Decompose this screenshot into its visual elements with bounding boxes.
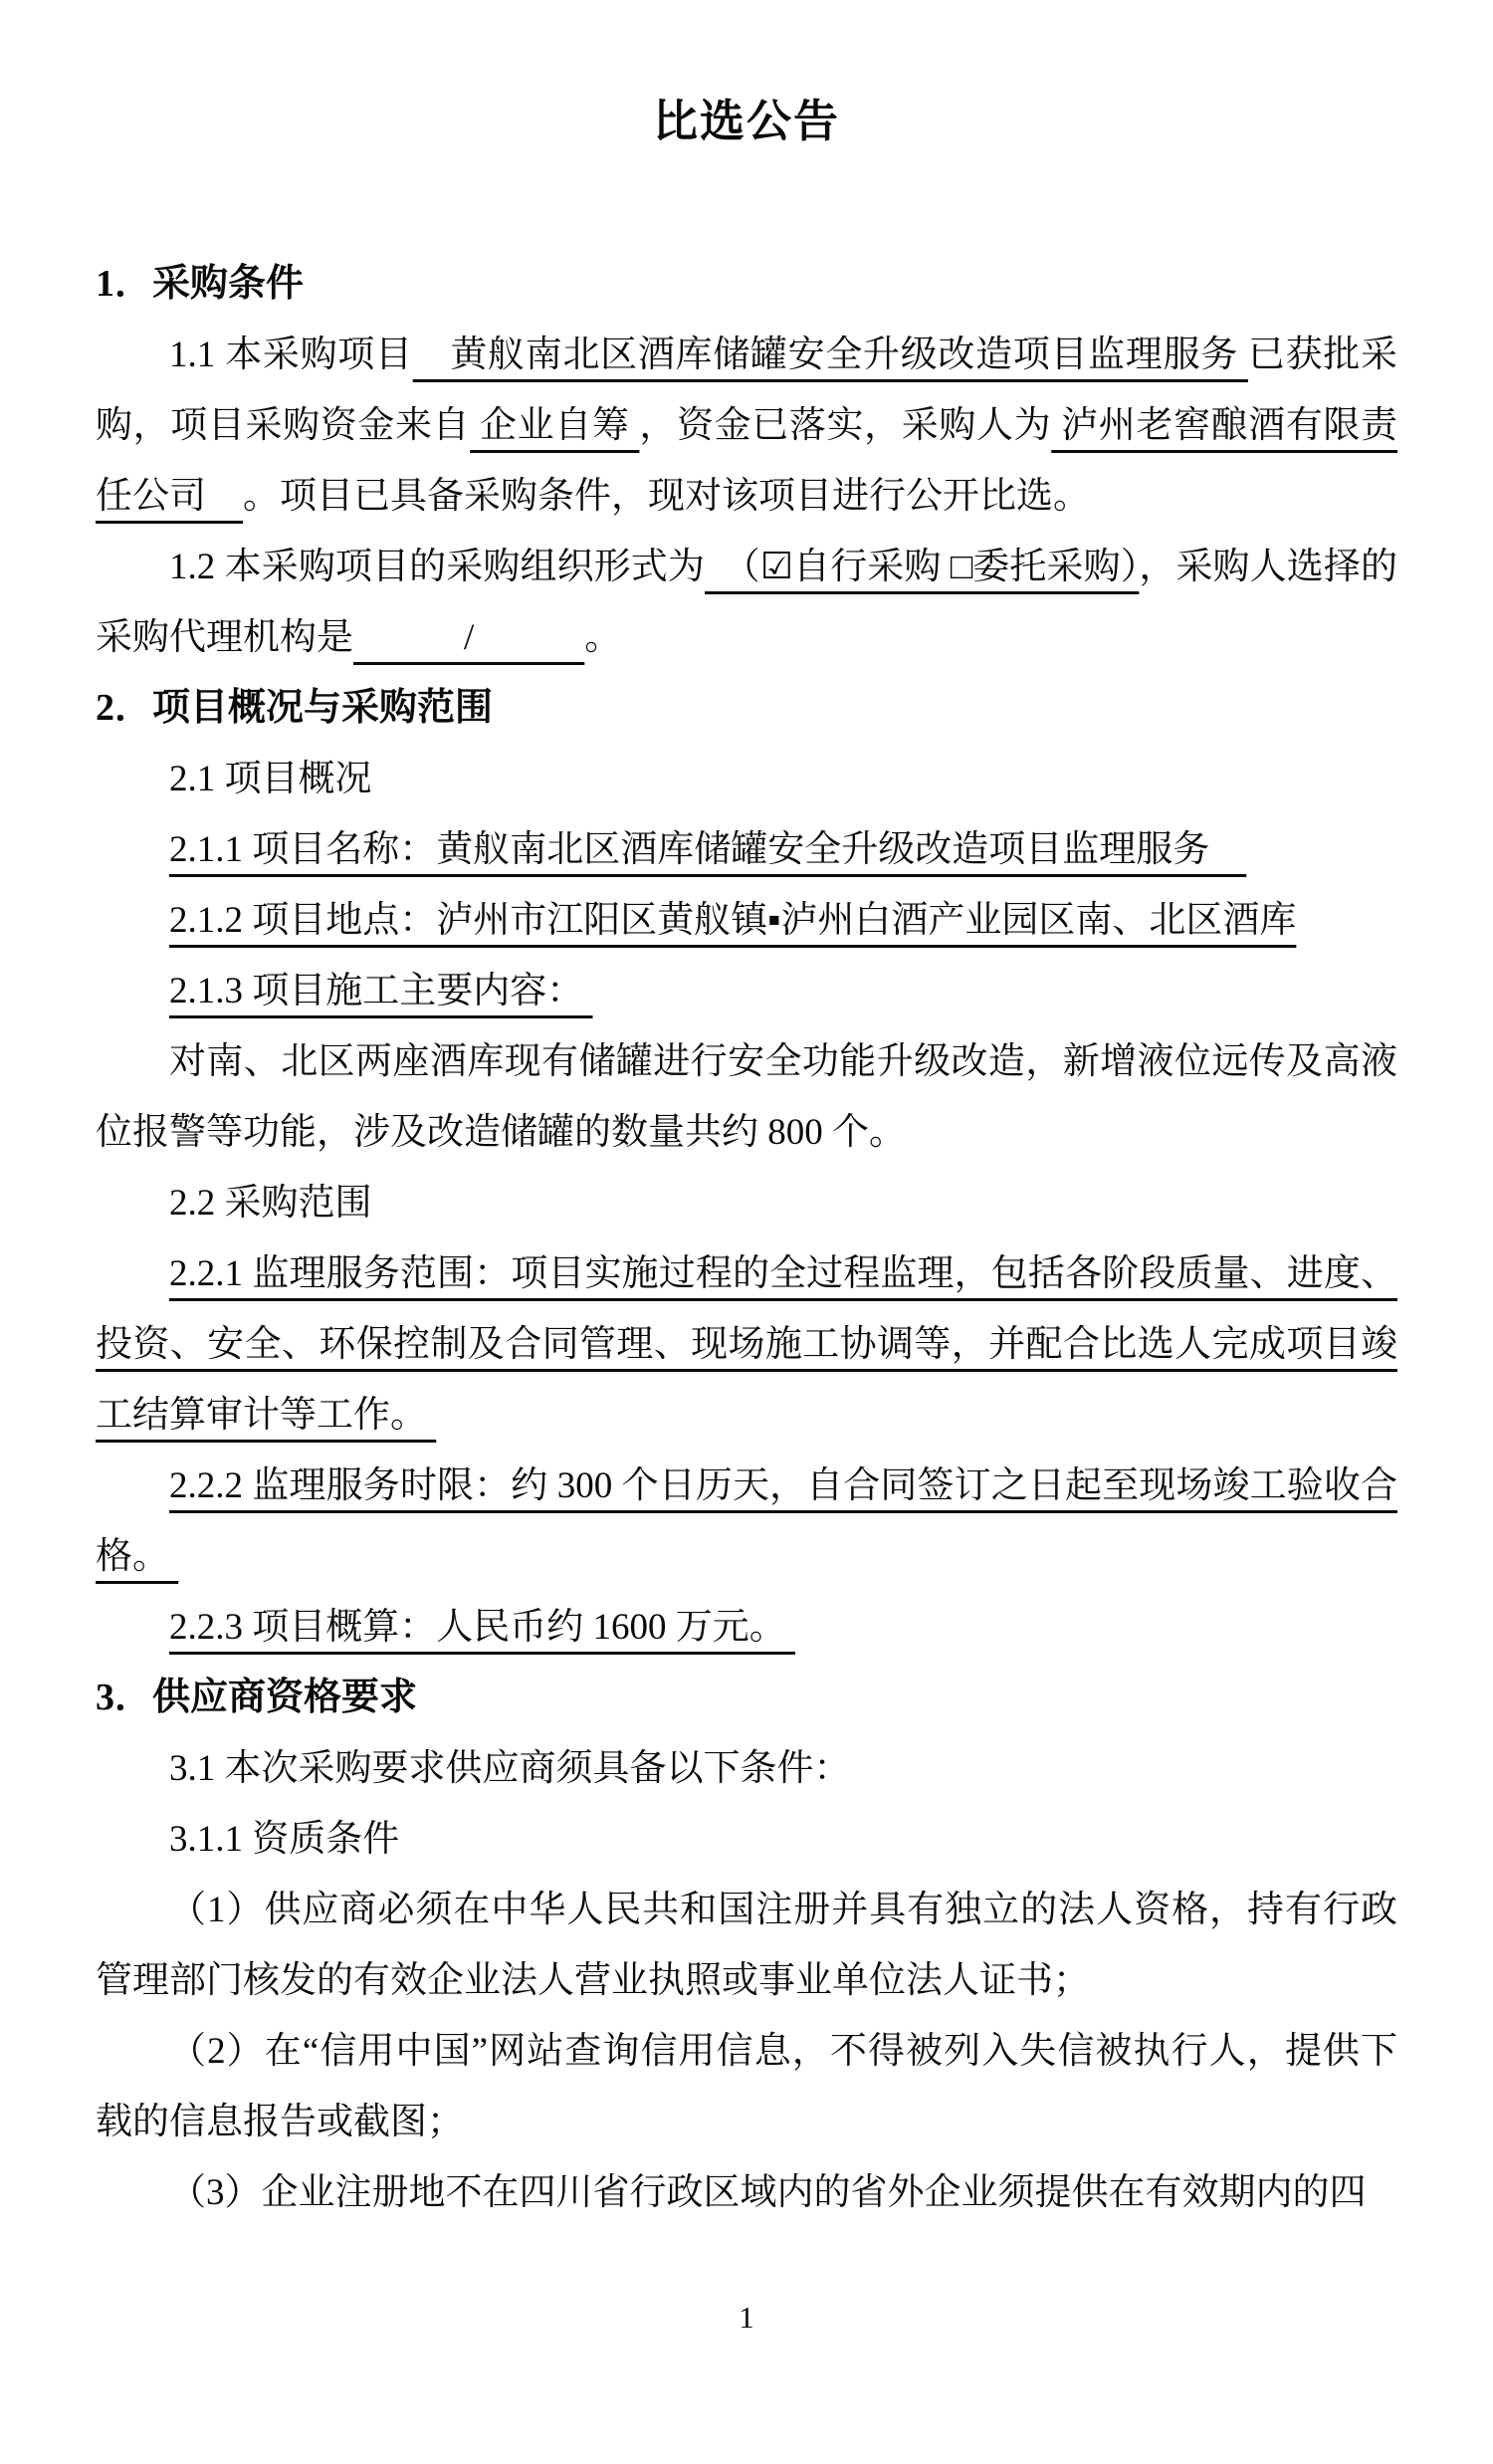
text-segment: 。项目已具备采购条件，现对该项目进行公开比选。 xyxy=(243,476,1090,517)
underlined-text: 2.2.2 监理服务时限：约 300 个日历天，自合同签订之日起至现场竣工验收合… xyxy=(96,1465,1397,1577)
para-3-1-1-item-1: （1）供应商必须在中华人民共和国注册并具有独立的法人资格，持有行政管理部门核发的… xyxy=(96,1875,1397,2016)
para-2-1-2: 2.1.2 项目地点：泸州市江阳区黄舣镇▪泸州白酒产业园区南、北区酒库 xyxy=(96,885,1397,956)
para-2-2: 2.2 采购范围 xyxy=(96,1168,1397,1238)
text-segment: （2）在“信用中国”网站查询信用信息，不得被列入失信被执行人，提供下载的信息报告… xyxy=(96,2031,1397,2142)
text-segment: 1.1 本采购项目 xyxy=(169,335,413,375)
underlined-text: 企业自筹 xyxy=(470,405,639,446)
section-2-heading: 2．项目概况与采购范围 xyxy=(96,673,1397,744)
text-segment: 2．项目概况与采购范围 xyxy=(96,687,493,729)
para-1-2: 1.2 本采购项目的采购组织形式为 （☑自行采购 □委托采购），采购人选择的采购… xyxy=(96,532,1397,673)
underlined-text: 2.1.1 项目名称：黄舣南北区酒库储罐安全升级改造项目监理服务 xyxy=(169,829,1246,870)
section-3-heading: 3．供应商资格要求 xyxy=(96,1663,1397,1733)
underlined-text: 2.2.1 监理服务范围：项目实施过程的全过程监理，包括各阶段质量、进度、投资、… xyxy=(96,1253,1397,1436)
para-2-1: 2.1 项目概况 xyxy=(96,744,1397,814)
para-2-2-1: 2.2.1 监理服务范围：项目实施过程的全过程监理，包括各阶段质量、进度、投资、… xyxy=(96,1238,1397,1451)
text-segment: 。 xyxy=(584,617,621,658)
para-2-2-3: 2.2.3 项目概算：人民币约 1600 万元。 xyxy=(96,1592,1397,1663)
text-segment: 3.1.1 资质条件 xyxy=(169,1819,399,1860)
underlined-text: 黄舣南北区酒库储罐安全升级改造项目监理服务 xyxy=(413,335,1248,375)
text-segment: ，资金已落实，采购人为 xyxy=(639,405,1051,446)
text-segment: 1.2 本采购项目的采购组织形式为 xyxy=(169,547,705,587)
text-segment: （1）供应商必须在中华人民共和国注册并具有独立的法人资格，持有行政管理部门核发的… xyxy=(96,1890,1397,2001)
text-segment: （3）企业注册地不在四川省行政区域内的省外企业须提供在有效期内的四 xyxy=(169,2172,1367,2213)
underlined-text: 2.2.3 项目概算：人民币约 1600 万元。 xyxy=(169,1607,795,1648)
underlined-text: （☑自行采购 □委托采购） xyxy=(705,547,1139,587)
para-2-1-3: 2.1.3 项目施工主要内容： xyxy=(96,956,1397,1026)
document-body: 1．采购条件1.1 本采购项目 黄舣南北区酒库储罐安全升级改造项目监理服务 已获… xyxy=(0,249,1493,2228)
para-3-1-1-item-3: （3）企业注册地不在四川省行政区域内的省外企业须提供在有效期内的四 xyxy=(96,2157,1397,2228)
underlined-text: 2.1.2 项目地点：泸州市江阳区黄舣镇▪泸州白酒产业园区南、北区酒库 xyxy=(169,900,1296,941)
para-1-1: 1.1 本采购项目 黄舣南北区酒库储罐安全升级改造项目监理服务 已获批采购，项目… xyxy=(96,320,1397,532)
para-3-1: 3.1 本次采购要求供应商须具备以下条件： xyxy=(96,1733,1397,1804)
document-title: 比选公告 xyxy=(0,0,1493,153)
section-1-heading: 1．采购条件 xyxy=(96,249,1397,320)
text-segment: 对南、北区两座酒库现有储罐进行安全功能升级改造，新增液位远传及高液位报警等功能，… xyxy=(96,1041,1397,1153)
text-segment: 2.1 项目概况 xyxy=(169,759,372,799)
para-2-1-1: 2.1.1 项目名称：黄舣南北区酒库储罐安全升级改造项目监理服务 xyxy=(96,814,1397,885)
underlined-text: / xyxy=(353,617,584,658)
para-3-1-1: 3.1.1 资质条件 xyxy=(96,1804,1397,1875)
underlined-text: 2.1.3 项目施工主要内容： xyxy=(169,971,593,1011)
page-number: 1 xyxy=(0,2298,1493,2338)
para-2-1-3-content: 对南、北区两座酒库现有储罐进行安全功能升级改造，新增液位远传及高液位报警等功能，… xyxy=(96,1026,1397,1168)
text-segment: 3．供应商资格要求 xyxy=(96,1677,417,1718)
para-3-1-1-item-2: （2）在“信用中国”网站查询信用信息，不得被列入失信被执行人，提供下载的信息报告… xyxy=(96,2016,1397,2157)
document-page: 比选公告 1．采购条件1.1 本采购项目 黄舣南北区酒库储罐安全升级改造项目监理… xyxy=(0,0,1493,2464)
text-segment: 3.1 本次采购要求供应商须具备以下条件： xyxy=(169,1748,851,1789)
text-segment: 1．采购条件 xyxy=(96,263,304,305)
para-2-2-2: 2.2.2 监理服务时限：约 300 个日历天，自合同签订之日起至现场竣工验收合… xyxy=(96,1451,1397,1592)
text-segment: 2.2 采购范围 xyxy=(169,1183,372,1224)
